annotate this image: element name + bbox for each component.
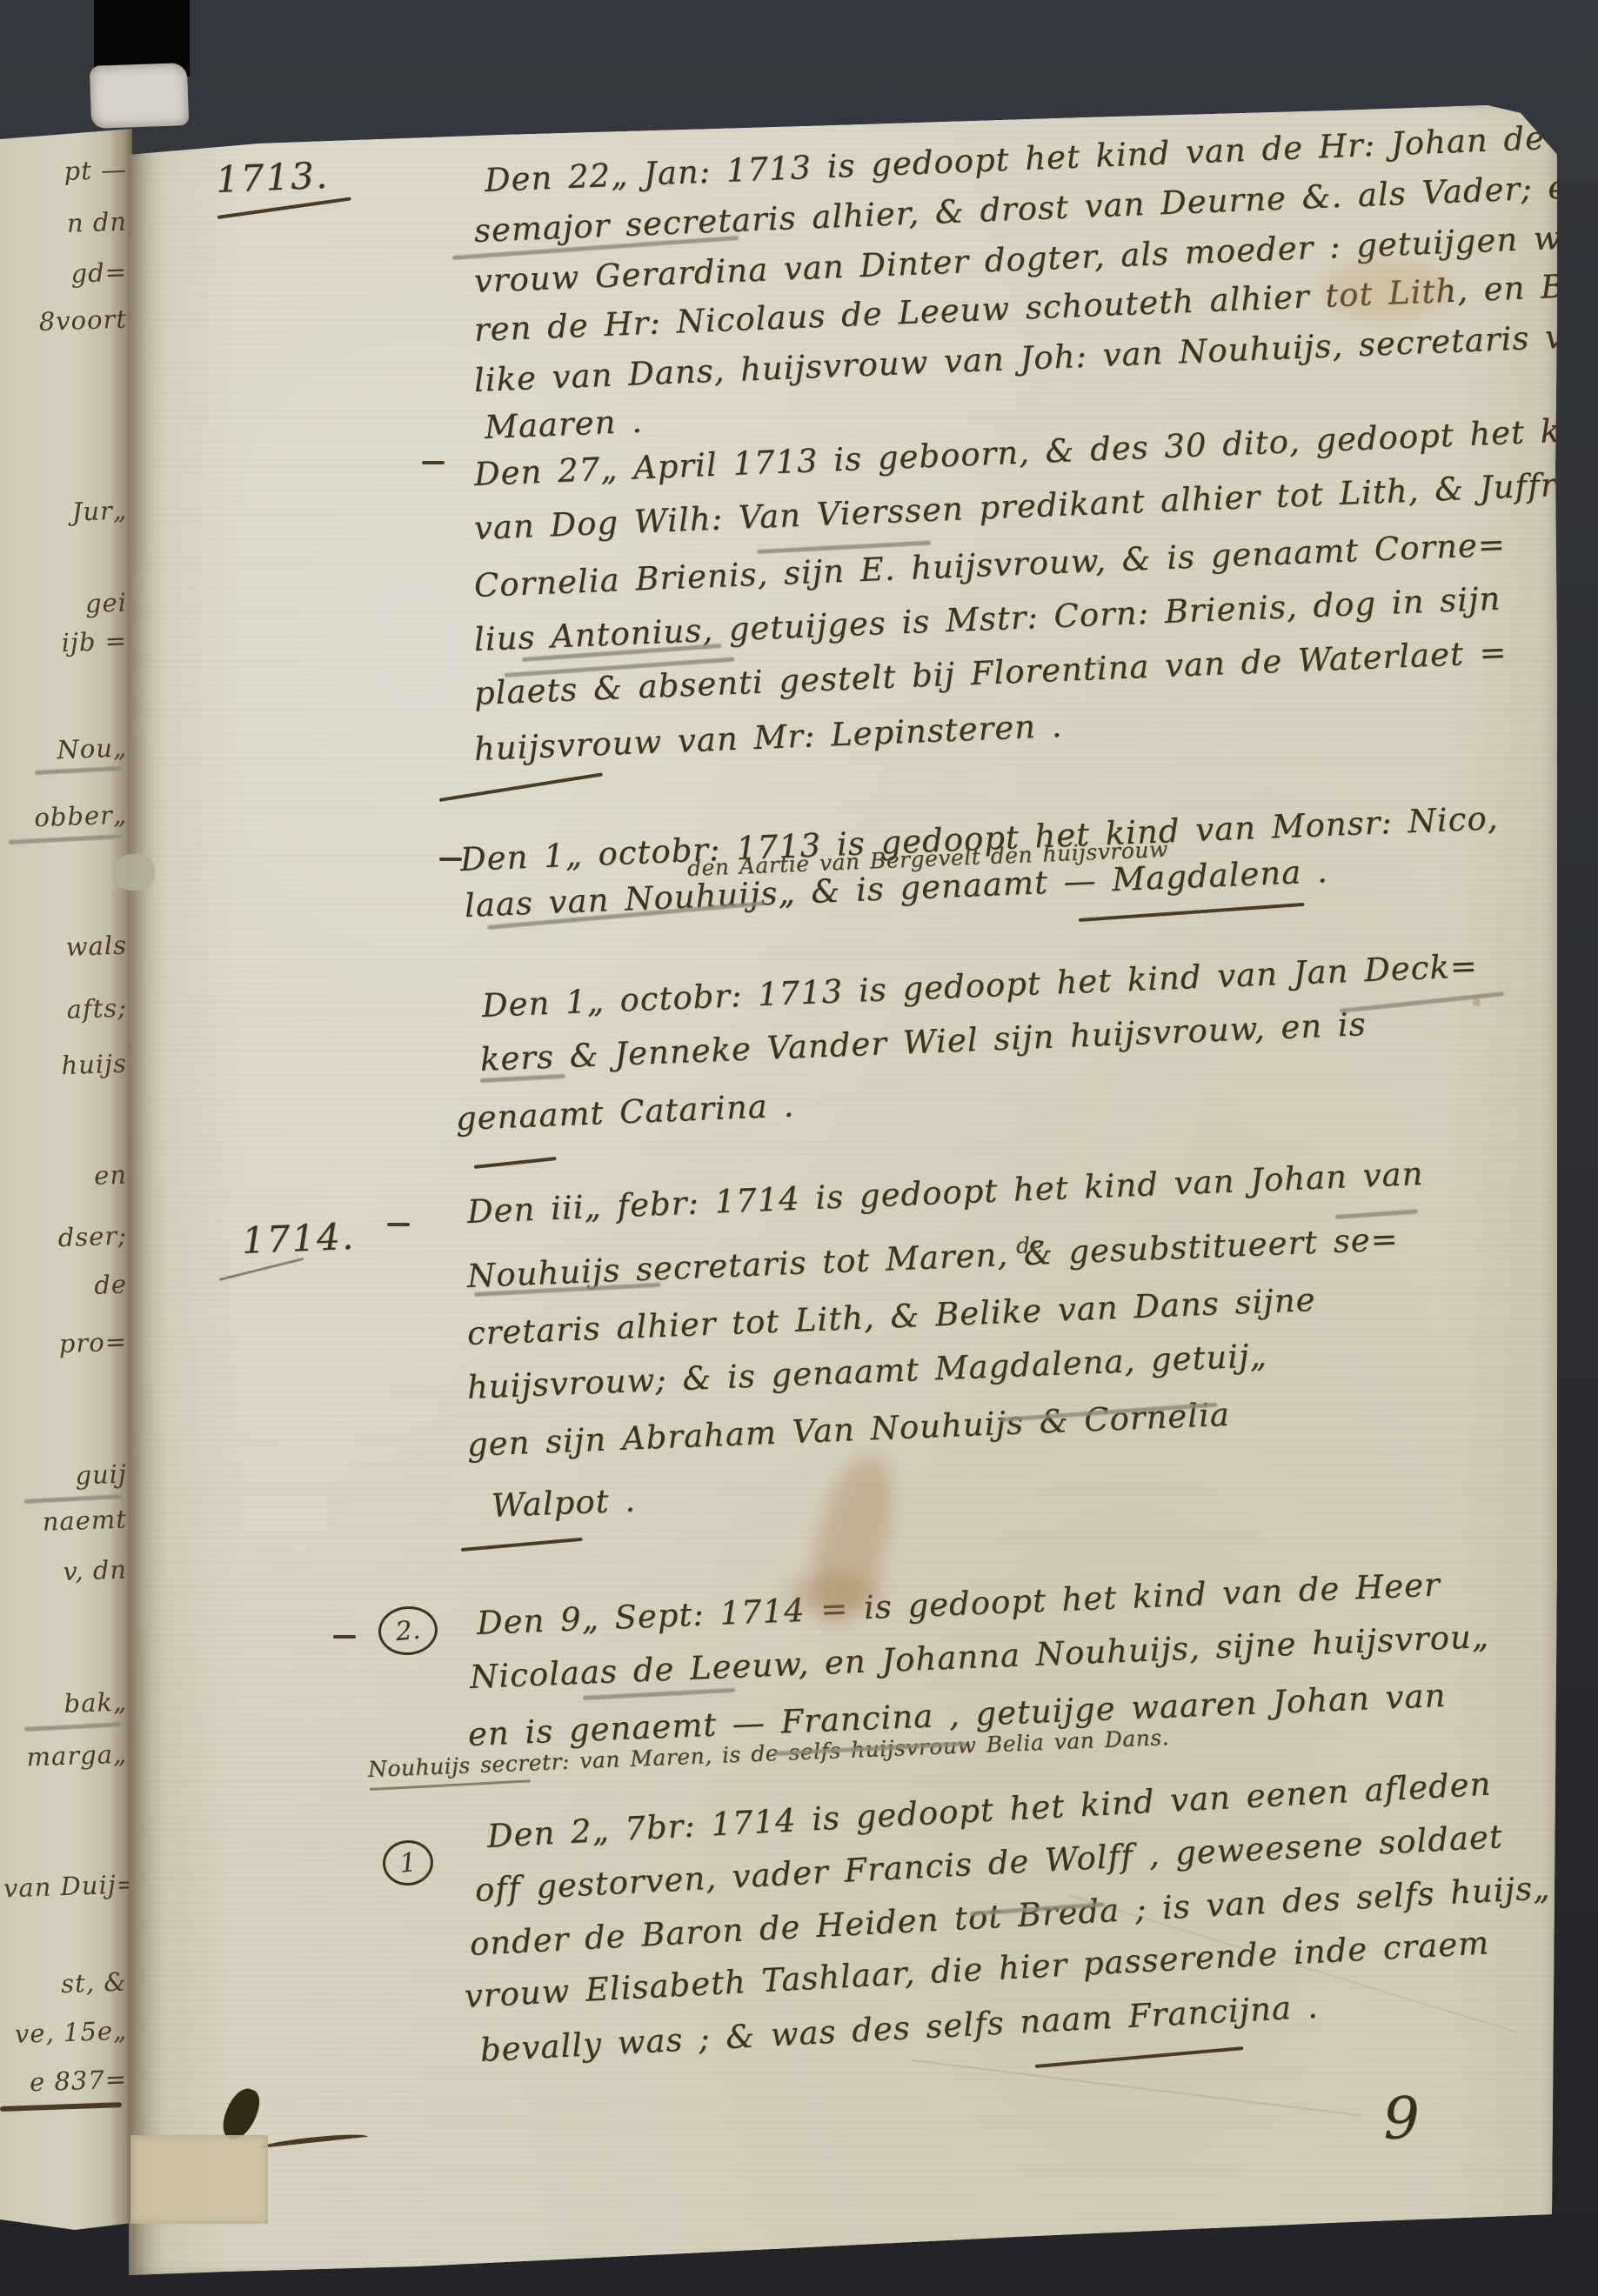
left-page-text-fragment: de xyxy=(3,1270,127,1304)
left-page-text-fragment: 8voort xyxy=(3,304,127,338)
paper-crease xyxy=(912,2059,1361,2116)
left-page-text-fragment: pro= xyxy=(3,1327,127,1361)
margin-year-1714: 1714. xyxy=(241,1215,356,1262)
entry-line: Den iii„ febr: 1714 is gedoopt het kind … xyxy=(466,1155,1424,1231)
margin-entry-number-1: 1 xyxy=(381,1839,435,1888)
entry-separator-stroke xyxy=(439,772,603,802)
entry-separator-stroke xyxy=(474,1157,557,1169)
entry-interline: de xyxy=(1015,1232,1044,1258)
ink-flourish xyxy=(259,2132,368,2148)
left-page-text-fragment: en xyxy=(3,1160,127,1194)
margin-entry-number-2: 2. xyxy=(377,1604,440,1658)
foxing-dot xyxy=(1096,659,1102,665)
repair-patch xyxy=(130,2135,268,2224)
entry-line: huijsvrouw van Mr: Lepinsteren . xyxy=(473,707,1063,768)
left-page-text-fragment: obber„ xyxy=(3,800,127,834)
left-page-text-fragment: marga„ xyxy=(3,1739,127,1773)
pencil-underline xyxy=(35,766,122,775)
entry-separator-stroke xyxy=(461,1538,583,1552)
left-page-text-fragment: naemt xyxy=(3,1505,127,1538)
left-page-text-fragment: ve, 15e„ xyxy=(3,2016,127,2050)
left-page-text-fragment: e 837= xyxy=(3,2065,127,2099)
left-page-text-fragment: huijs xyxy=(3,1049,127,1083)
entry-line: gen sijn Abraham Van Nouhuijs & Cornelia xyxy=(466,1396,1231,1464)
pencil-underline xyxy=(24,1722,122,1732)
margin-dash xyxy=(333,1635,356,1639)
left-page-edge: pt — n dn gd= 8voort Jur„ gei ijb = Nou„… xyxy=(0,111,132,2279)
pencil-underline xyxy=(9,834,122,844)
left-page-text-fragment: n dn xyxy=(3,207,127,241)
left-page-text-fragment: guij xyxy=(3,1459,127,1493)
ink-underline xyxy=(1035,2046,1243,2068)
left-page-text-fragment: afts; xyxy=(3,993,127,1027)
left-page-text-fragment: wals xyxy=(3,931,127,964)
left-page-text-fragment: gd= xyxy=(3,257,127,291)
entry-line: Walpot . xyxy=(491,1481,637,1525)
margin-year-1713: 1713. xyxy=(215,154,330,201)
entry-line: genaamt Catarina . xyxy=(455,1086,795,1138)
left-page-text-fragment: dser; xyxy=(3,1221,127,1255)
entry-line: Maaren . xyxy=(484,403,644,446)
left-page-text-fragment: Nou„ xyxy=(3,733,127,767)
manuscript-scan: pt — n dn gd= 8voort Jur„ gei ijb = Nou„… xyxy=(0,0,1598,2296)
register-page: 1713. 1714. 2. 1 Den 22„ Jan: 1713 is ge… xyxy=(129,103,1557,2275)
paper-stain xyxy=(1322,259,1453,320)
left-page-text-fragment: bak„ xyxy=(3,1687,127,1721)
binding-tape xyxy=(90,63,189,129)
left-page-text-fragment: pt — xyxy=(3,155,127,189)
ink-underline xyxy=(0,2102,122,2112)
left-page-text-fragment: v, dn xyxy=(3,1555,127,1589)
pencil-underline xyxy=(24,1494,122,1504)
left-page-text-fragment: van Duij= xyxy=(3,1870,127,1904)
left-page-text-fragment: Jur„ xyxy=(3,496,127,530)
left-page-text-fragment: ijb = xyxy=(3,626,127,660)
margin-dash xyxy=(439,858,462,861)
spine-repair-tape xyxy=(113,854,155,891)
page-number: 9 xyxy=(1382,2085,1422,2152)
paper-stain xyxy=(787,1574,883,1613)
ink-underline xyxy=(370,1779,531,1791)
margin-dash xyxy=(387,1223,410,1226)
ink-flourish xyxy=(217,197,351,219)
foxing-dot xyxy=(1473,998,1481,1006)
left-page-text-fragment: gei xyxy=(3,588,127,622)
ink-underline xyxy=(1079,903,1305,922)
margin-dash xyxy=(422,461,445,464)
pencil-underline xyxy=(1335,1209,1418,1219)
left-page-text-fragment: st, & xyxy=(3,1967,127,2001)
